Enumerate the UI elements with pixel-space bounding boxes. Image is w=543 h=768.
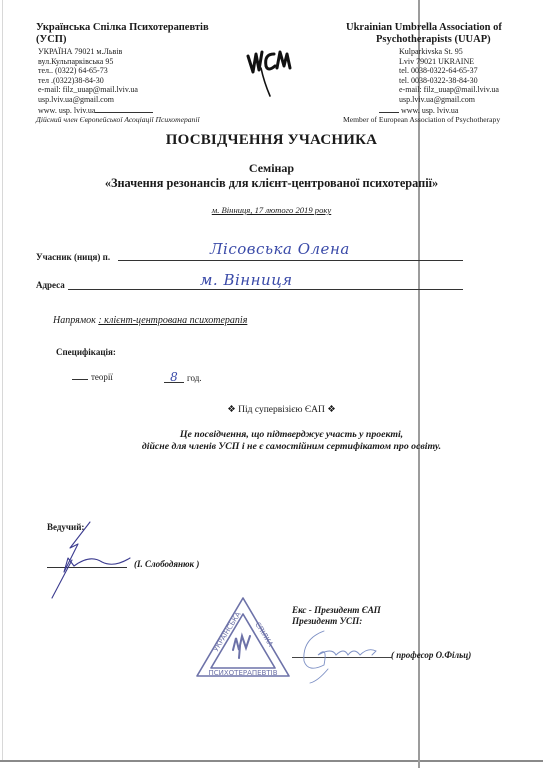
place-date-text: м. Вінниця, 17 лютого 2019 року <box>212 205 331 215</box>
theory-hours: теорії <box>72 372 113 382</box>
page-edge <box>2 0 3 760</box>
membership-line: Дійсний член Європейської Асоціації Псих… <box>36 115 221 125</box>
org-abbr-en: Psychotherapists (UUAP) <box>343 34 543 46</box>
note-line-1: Це посвідчення, що підтверджує участь у … <box>40 429 543 441</box>
underline <box>95 105 153 113</box>
website-line: www. usp. lviv.ua <box>36 105 221 116</box>
address-handwritten: м. Вінниця <box>200 271 293 289</box>
direction-value: : клієнт-центрована психотерапія <box>98 315 247 326</box>
seminar-label: Семінар <box>0 161 543 176</box>
supervision-line: ❖ Під супервізією ЄАП ❖ <box>0 404 543 415</box>
phone-line: tel. 0038-0322-64-65-37 <box>343 66 543 76</box>
website-text: www. usp. lviv.ua <box>38 106 95 115</box>
address-label: Адреса <box>36 280 65 290</box>
phone-line: тел.. (0322) 64-65-73 <box>36 66 221 76</box>
hours-label: год. <box>187 373 202 383</box>
president-title-1: Екс - Президент ЄАП <box>292 605 381 615</box>
president-signature-icon <box>288 625 398 685</box>
street-line: вул.Кульпарківська 95 <box>36 57 221 67</box>
address-line: УКРАЇНА 79021 м.Львів <box>36 47 221 57</box>
address-line <box>68 289 463 290</box>
page-bottom-edge <box>0 760 543 762</box>
email-line: usp.lviv.ua@gmail.com <box>36 95 221 105</box>
hours-value-handwritten: 8 <box>164 372 184 383</box>
website-text: www. usp. lviv.ua <box>401 106 458 115</box>
email-line: e-mail: filz_uuap@mail.lviv.ua <box>36 85 221 95</box>
membership-line: Member of European Association of Psycho… <box>343 115 543 125</box>
email-line: usp.lviv.ua@gmail.com <box>343 95 543 105</box>
email-line: e-mail: filz_uuap@mail.lviv.ua <box>343 85 543 95</box>
hours: 8год. <box>164 372 202 383</box>
header-left-org-info: Українська Спілка Психотерапевтів (УСП) … <box>36 22 221 125</box>
note-line-2: дійсне для членів УСП і не є самостійним… <box>40 441 543 453</box>
org-name-ua: Українська Спілка Психотерапевтів <box>36 22 221 34</box>
specification-label: Специфікація: <box>56 347 116 357</box>
theory-blank <box>72 379 88 380</box>
place-date: м. Вінниця, 17 лютого 2019 року <box>0 205 543 215</box>
seminar-name: «Значення резонансів для клієнт-центрова… <box>0 176 543 191</box>
document-title: ПОСВІДЧЕННЯ УЧАСНИКА <box>0 132 543 149</box>
participant-label: Учасник (ниця) п. <box>36 252 110 262</box>
street-line: Kulparkivska St. 95 <box>343 47 543 57</box>
stamp-text-right: СПІЛКА <box>253 621 274 649</box>
city-line: Lviv 79021 UKRAINE <box>343 57 543 67</box>
phone-line: tel. 0038-0322-38-84-30 <box>343 76 543 86</box>
leader-name: (І. Слободянюк ) <box>134 559 199 569</box>
header-right-org-info: Ukrainian Umbrella Association of Psycho… <box>343 22 543 125</box>
diamond-bullet-icon: ❖ <box>227 405 236 415</box>
direction-label: Напрямок <box>53 315 96 326</box>
underline <box>379 105 399 113</box>
direction: Напрямок : клієнт-центрована психотерапі… <box>53 315 247 326</box>
diamond-bullet-icon: ❖ <box>327 405 336 415</box>
participant-name-handwritten: Лісовська Олена <box>210 240 350 258</box>
validity-note: Це посвідчення, що підтверджує участь у … <box>0 429 543 453</box>
theory-label: теорії <box>91 372 113 382</box>
organization-stamp-icon: УКРАЇНСЬКА СПІЛКА ПСИХОТЕРАПЕВТІВ <box>193 592 293 684</box>
stamp-text-bottom: ПСИХОТЕРАПЕВТІВ <box>208 669 277 677</box>
org-abbr-ua: (УСП) <box>36 34 221 46</box>
website-line: www. usp. lviv.ua <box>343 105 543 116</box>
org-name-en: Ukrainian Umbrella Association of <box>343 22 543 34</box>
supervision-text: Під супервізією ЄАП <box>238 405 325 415</box>
phone-line: тел .(0322)38-84-30 <box>36 76 221 86</box>
participant-line <box>118 260 463 261</box>
president-name: ( професор О.Фільц) <box>391 650 471 660</box>
usp-logo-icon <box>244 38 298 98</box>
